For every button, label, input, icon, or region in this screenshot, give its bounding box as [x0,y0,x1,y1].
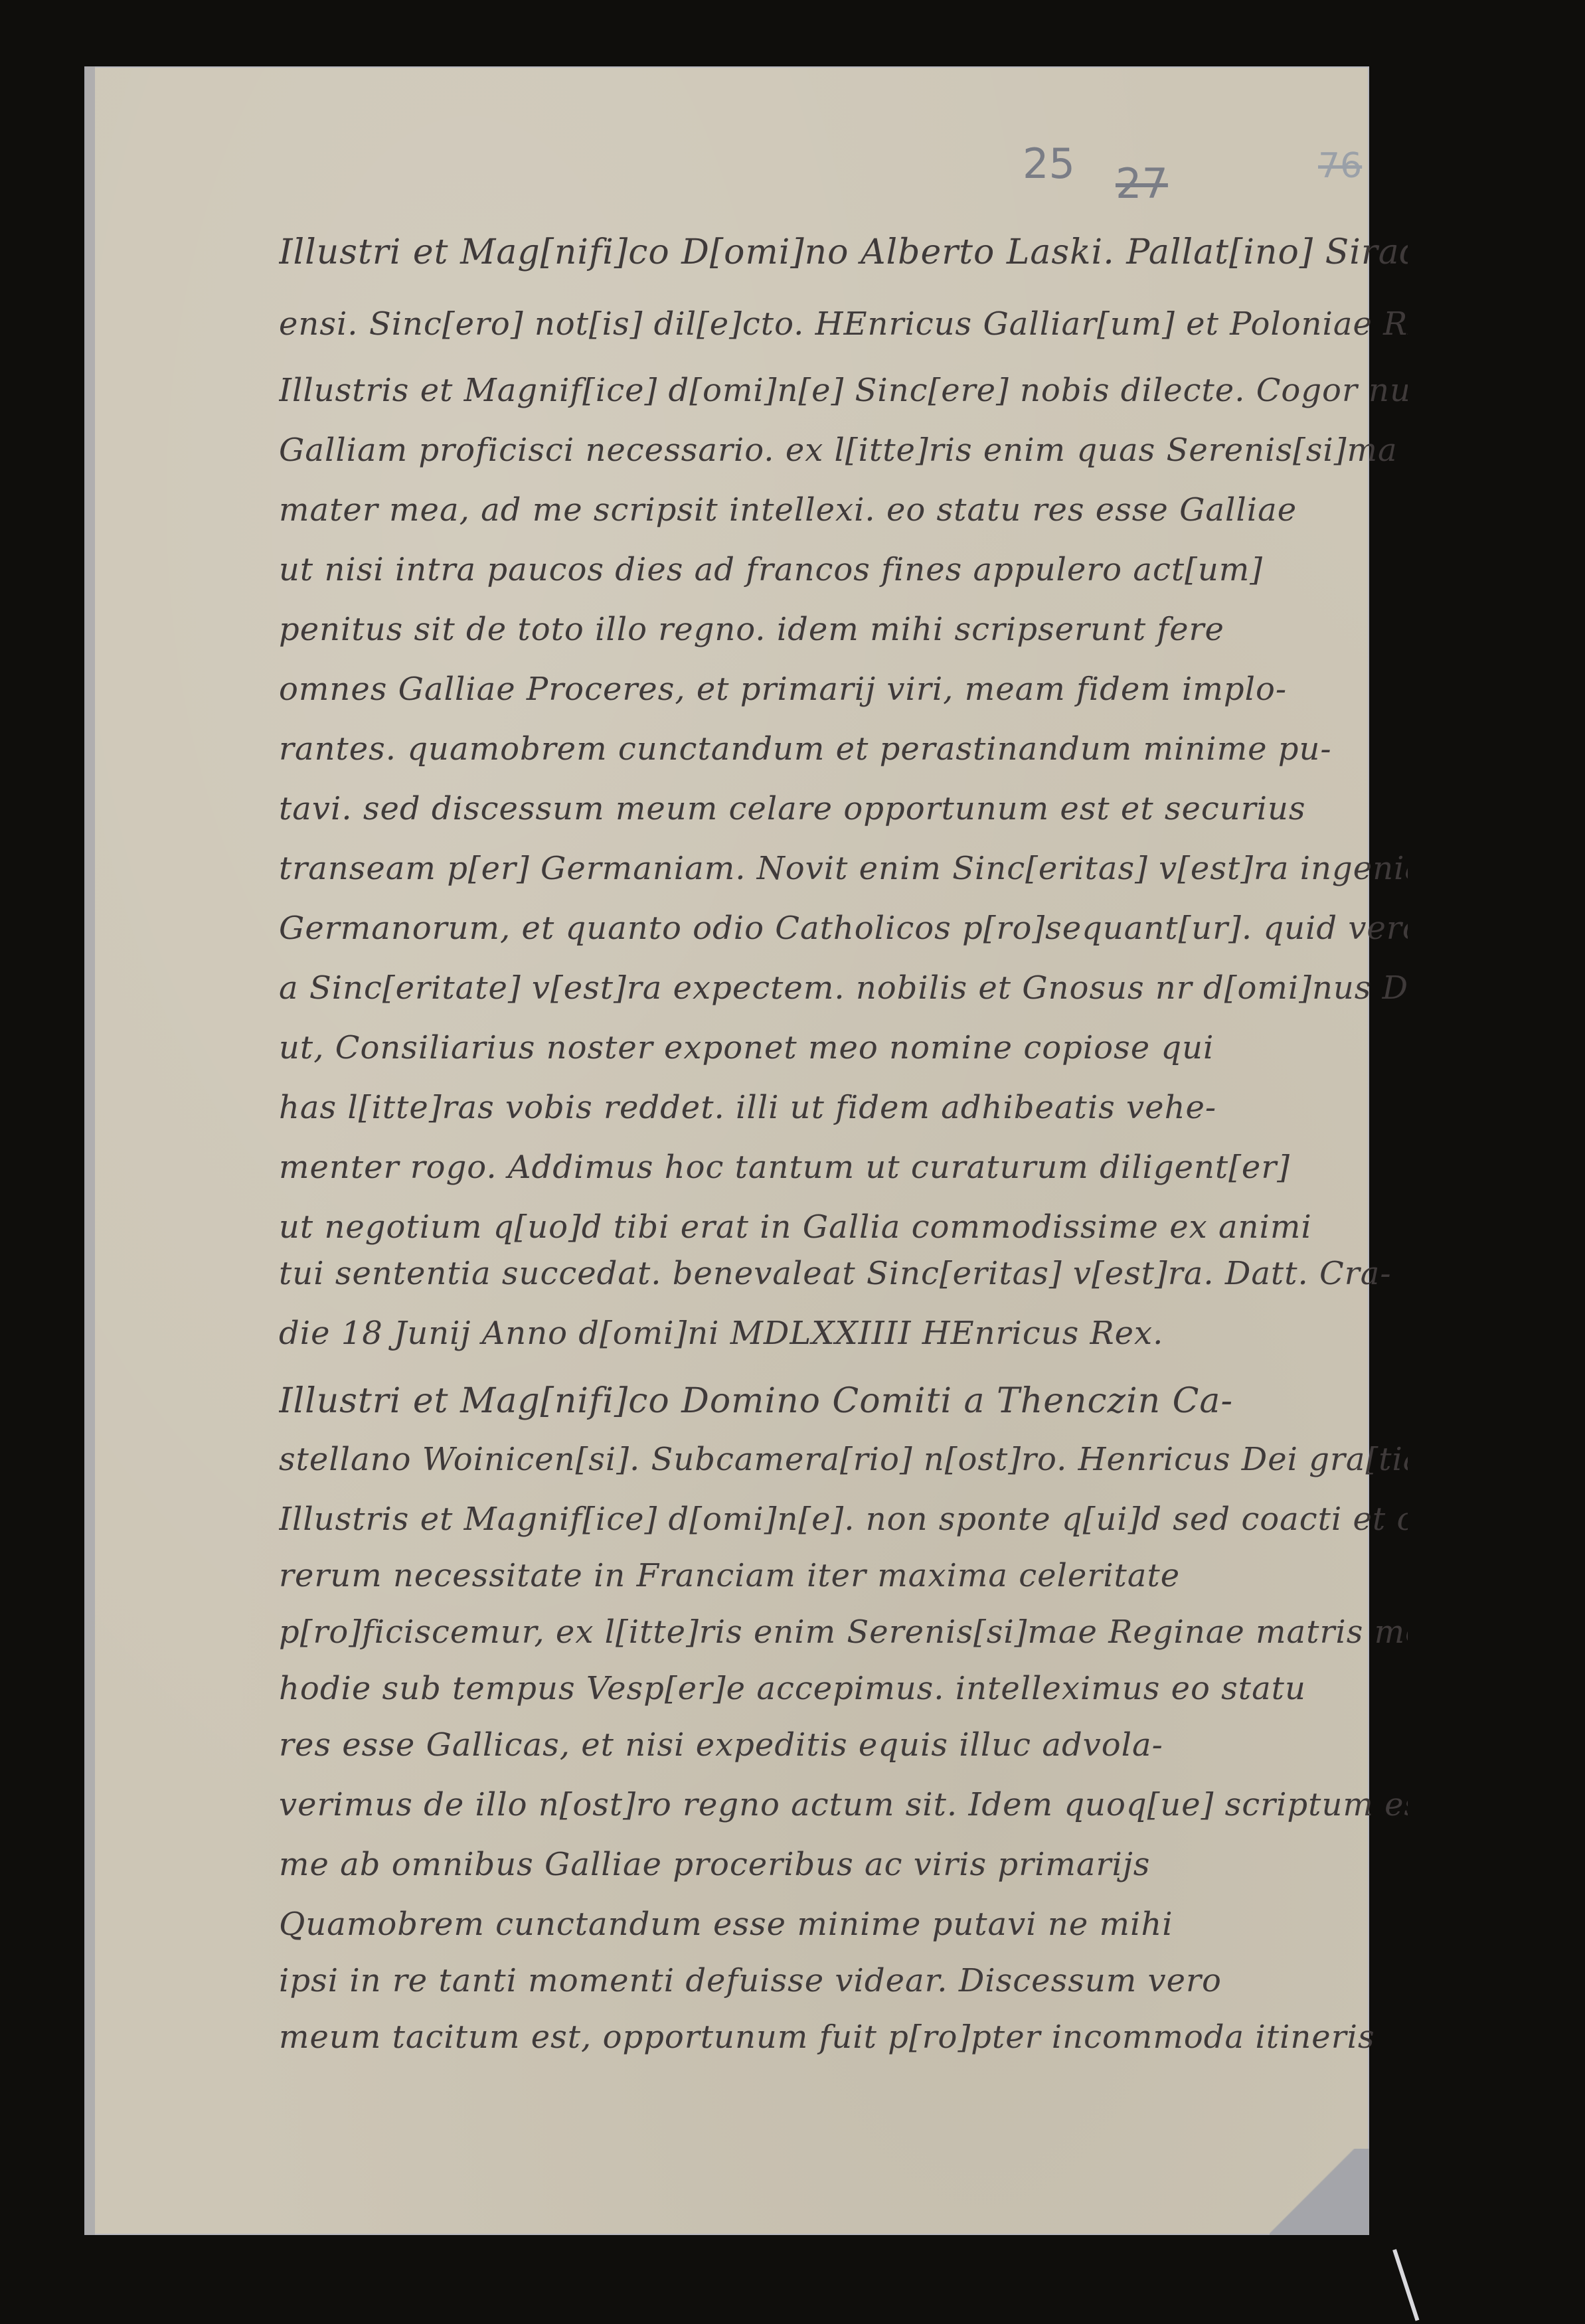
folio-number-current: 25 [1023,139,1075,188]
manuscript-line: mater mea, ad me scripsit intellexi. eo … [279,491,1408,544]
manuscript-line: stellano Woinicen[si]. Subcamera[rio] n[… [279,1441,1408,1494]
manuscript-line: me ab omnibus Galliae proceribus ac viri… [279,1846,1408,1899]
manuscript-line: meum tacitum est, opportunum fuit p[ro]p… [279,2019,1408,2072]
manuscript-line: a Sinc[eritate] v[est]ra expectem. nobil… [279,969,1408,1023]
manuscript-line: has l[itte]ras vobis reddet. illi ut fid… [279,1089,1408,1142]
manuscript-line: ensi. Sinc[ero] not[is] dil[e]cto. HEnri… [279,305,1408,359]
manuscript-line: menter rogo. Addimus hoc tantum ut curat… [279,1149,1408,1202]
manuscript-line: Germanorum, et quanto odio Catholicos p[… [279,910,1408,963]
manuscript-line: Illustris et Magnif[ice] d[omi]n[e] Sinc… [279,372,1408,425]
tissue-repair-left [84,66,95,2235]
manuscript-line: omnes Galliae Proceres, et primarij viri… [279,671,1408,724]
manuscript-line: ut, Consiliarius noster exponet meo nomi… [279,1029,1408,1082]
manuscript-line: rerum necessitate in Franciam iter maxim… [279,1557,1408,1610]
manuscript-line: tui sententia succedat. benevaleat Sinc[… [279,1255,1408,1308]
manuscript-line: die 18 Junij Anno d[omi]ni MDLXXIIII HEn… [279,1315,1408,1368]
manuscript-line: hodie sub tempus Vesp[er]e accepimus. in… [279,1670,1408,1723]
manuscript-line: Illustri et Mag[nifi]co Domino Comiti a … [279,1381,1408,1434]
manuscript-line: Illustri et Mag[nifi]co D[omi]no Alberto… [279,232,1408,286]
folio-number-struck: 27 [1116,159,1168,208]
manuscript-line: res esse Gallicas, et nisi expeditis equ… [279,1726,1408,1780]
binding-thread [1392,2249,1419,2321]
manuscript-line: Illustris et Magnif[ice] d[omi]n[e]. non… [279,1501,1408,1554]
manuscript-line: ipsi in re tanti momenti defuisse videar… [279,1962,1408,2015]
manuscript-line: transeam p[er] Germaniam. Novit enim Sin… [279,850,1408,903]
manuscript-line: rantes. quamobrem cunctandum et perastin… [279,730,1408,784]
tissue-repair-corner [1270,2149,1369,2235]
manuscript-line: ut nisi intra paucos dies ad francos fin… [279,551,1408,604]
manuscript-line: tavi. sed discessum meum celare opportun… [279,790,1408,843]
manuscript-line: ut negotium q[uo]d tibi erat in Gallia c… [279,1208,1408,1262]
manuscript-line: Galliam proficisci necessario. ex l[itte… [279,432,1408,485]
manuscript-line: p[ro]ficiscemur, ex l[itte]ris enim Sere… [279,1614,1408,1667]
folio-number-faint: 76 [1318,146,1362,186]
manuscript-line: Quamobrem cunctandum esse minime putavi … [279,1906,1408,1959]
manuscript-line: penitus sit de toto illo regno. idem mih… [279,611,1408,664]
manuscript-line: verimus de illo n[ost]ro regno actum sit… [279,1786,1408,1839]
